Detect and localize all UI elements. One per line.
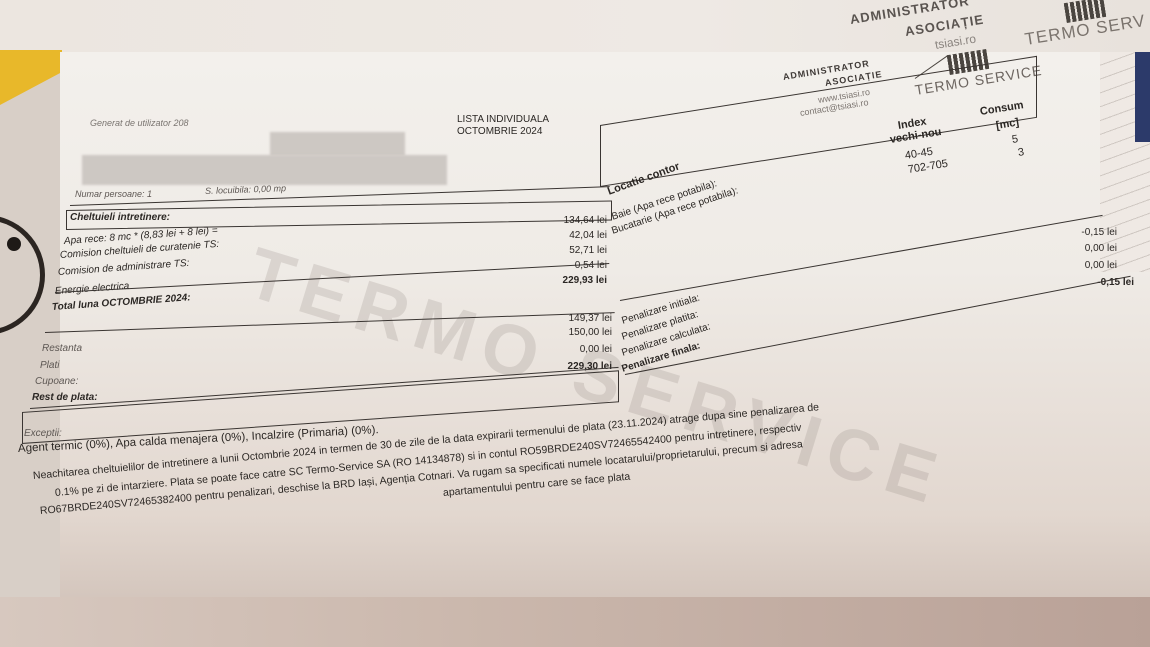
expense-value-energie: 229,93 lei [535, 275, 607, 286]
expenses-header-label: Cheltuieli intretinere: [70, 212, 170, 223]
balance-value-cupoane: 0,00 lei [540, 344, 612, 355]
title-line2: OCTOMBRIE 2024 [457, 126, 542, 137]
balance-label-plati: Plati [40, 360, 59, 371]
expense-value-apa-rece: 42,04 lei [535, 230, 607, 241]
balance-label-rest-de-plata: Rest de plata: [32, 392, 98, 403]
persons-count: Numar persoane: 1 [75, 189, 152, 199]
balance-label-restanta: Restanta [42, 343, 82, 354]
balance-value-restanta: 149,37 lei [540, 313, 612, 324]
balance-value-plati: 150,00 lei [540, 327, 612, 338]
penalty-value-initiala: -0,15 lei [1045, 227, 1117, 238]
redacted-address [270, 132, 405, 156]
balance-label-cupoane: Cupoane: [35, 376, 78, 387]
generated-by: Generat de utilizator 208 [90, 118, 189, 128]
expense-value-curatenie: 52,71 lei [535, 245, 607, 256]
penalty-value-platita: 0,00 lei [1045, 243, 1117, 254]
yellow-object [0, 50, 62, 105]
bottom-surface [0, 597, 1150, 647]
title-line1: LISTA INDIVIDUALA [457, 114, 549, 125]
expenses-header-value: 134,64 lei [535, 215, 607, 226]
doodle-drawing [0, 215, 45, 335]
doodle-dot [7, 237, 21, 251]
blue-binder [1135, 52, 1150, 142]
redacted-name [82, 155, 447, 185]
exceptions-label: Exceptii: [24, 428, 62, 439]
penalty-value-calculata: 0,00 lei [1045, 260, 1117, 271]
